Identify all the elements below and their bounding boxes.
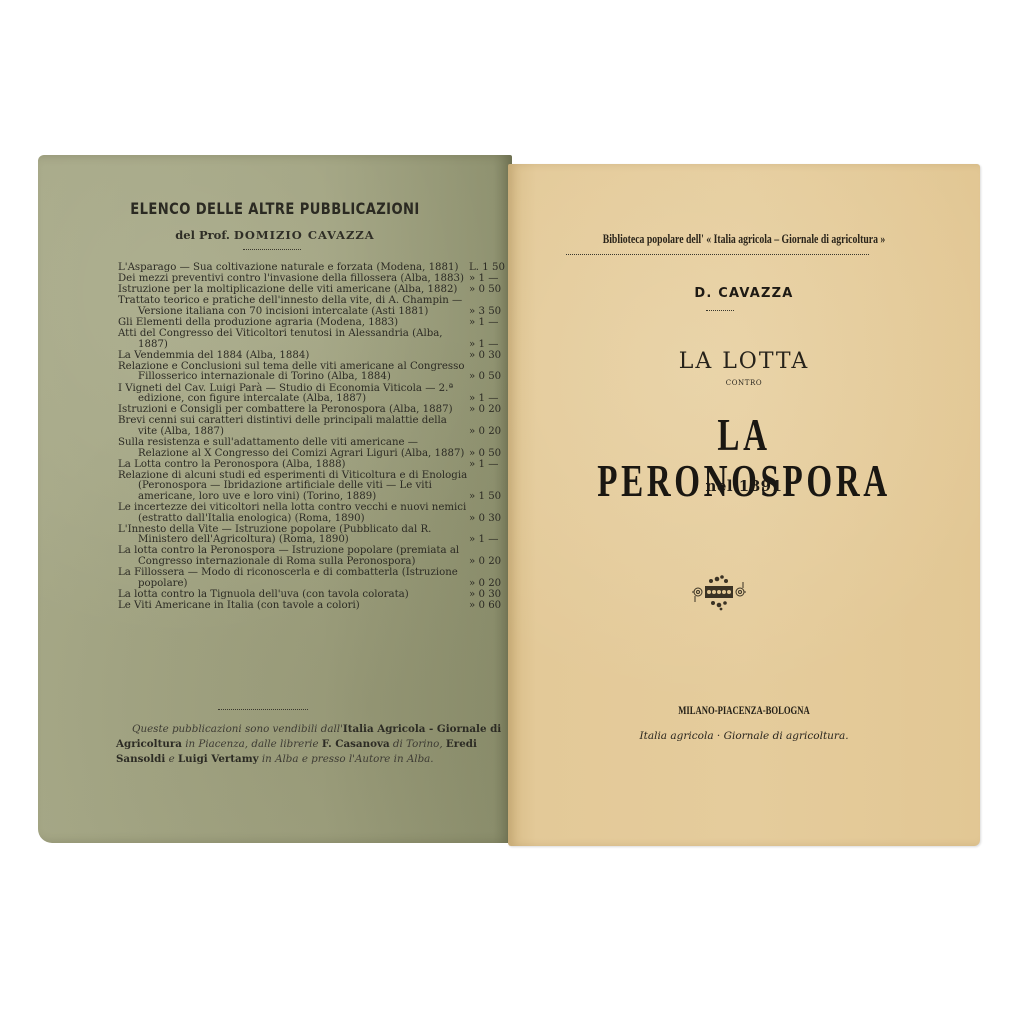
publication-item: La Vendemmia del 1884 (Alba, 1884)» 0 30 (118, 351, 513, 362)
title-contro: CONTRO (508, 379, 980, 387)
note-bookseller: F. Casanova (322, 738, 390, 750)
publication-item: Istruzioni e Consigli per combattere la … (118, 405, 513, 416)
divider-ornament (706, 306, 734, 311)
publication-item: Le Viti Americane in Italia (con tavole … (118, 601, 513, 612)
subtitle-prefix: del Prof. (175, 228, 230, 242)
back-cover-page: ELENCO DELLE ALTRE PUBBLICAZIONI del Pro… (38, 155, 512, 843)
publication-item: Relazione e Conclusioni sul tema delle v… (118, 362, 513, 383)
publication-price: L. 1 50 (469, 263, 513, 274)
publication-title: La lotta contro la Peronospora — Istruzi… (118, 546, 469, 567)
publication-price: » 3 50 (469, 307, 513, 318)
publication-item: Brevi cenni sui caratteri distintivi del… (118, 416, 513, 437)
publication-price: » 0 30 (469, 351, 513, 362)
publication-price: » 1 — (469, 535, 513, 546)
publication-title: Brevi cenni sui caratteri distintivi del… (118, 416, 469, 437)
floral-vignette-icon (691, 572, 747, 612)
publication-price: » 1 — (469, 394, 513, 405)
divider-ornament (243, 245, 301, 250)
divider-ornament (566, 250, 869, 255)
publication-title: Sulla resistenza e sull'adattamento dell… (118, 438, 469, 459)
publication-price: » 0 20 (469, 579, 513, 590)
publication-price: » 0 30 (469, 514, 513, 525)
publication-title: La lotta contro la Tignuola dell'uva (co… (118, 590, 469, 601)
publication-title: Relazione e Conclusioni sul tema delle v… (118, 362, 469, 383)
publication-title: Le Viti Americane in Italia (con tavole … (118, 601, 469, 612)
publication-item: L'Asparago — Sua coltivazione naturale e… (118, 263, 513, 274)
publication-price: » 1 — (469, 274, 513, 285)
publication-title: Gli Elementi della produzione agraria (M… (118, 318, 469, 329)
publication-price: » 0 60 (469, 601, 513, 612)
publication-title: L'Innesto della Vite — Istruzione popola… (118, 525, 469, 546)
publication-item: La Lotta contro la Peronospora (Alba, 18… (118, 460, 513, 471)
note-text: in Piacenza, dalle librerie (182, 738, 322, 750)
subtitle-author: DOMIZIO CAVAZZA (234, 228, 375, 242)
publication-item: I Vigneti del Cav. Luigi Parà — Studio d… (118, 384, 513, 405)
publication-title: Trattato teorico e pratiche dell'innesto… (118, 296, 469, 317)
publication-price: » 0 20 (469, 557, 513, 568)
publication-price: » 1 — (469, 460, 513, 471)
list-subtitle: del Prof. DOMIZIO CAVAZZA (38, 228, 512, 242)
publication-price: » 0 50 (469, 449, 513, 460)
publication-title: Istruzione per la moltiplicazione delle … (118, 285, 469, 296)
publication-item: Le incertezze dei viticoltori nella lott… (118, 503, 513, 524)
publication-title: Istruzioni e Consigli per combattere la … (118, 405, 469, 416)
front-cover-page: Biblioteca popolare dell' « Italia agric… (508, 164, 980, 846)
publication-title: Atti del Congresso dei Viticoltori tenut… (118, 329, 469, 350)
publication-title: Le incertezze dei viticoltori nella lott… (118, 503, 469, 524)
publication-item: Istruzione per la moltiplicazione delle … (118, 285, 513, 296)
publication-item: La lotta contro la Peronospora — Istruzi… (118, 546, 513, 567)
publication-title: La Lotta contro la Peronospora (Alba, 18… (118, 460, 469, 471)
publication-list: L'Asparago — Sua coltivazione naturale e… (118, 263, 513, 612)
note-text: Queste pubblicazioni sono vendibili dall… (132, 723, 343, 735)
publication-item: Atti del Congresso dei Viticoltori tenut… (118, 329, 513, 350)
publication-item: Trattato teorico e pratiche dell'innesto… (118, 296, 513, 317)
publication-price: » 0 50 (469, 285, 513, 296)
publication-price: » 0 20 (469, 427, 513, 438)
note-text: di Torino, (390, 738, 446, 750)
publication-price: » 0 30 (469, 590, 513, 601)
imprint-cities: MILANO-PIACENZA-BOLOGNA (574, 703, 914, 718)
publication-item: Relazione di alcuni studi ed esperimenti… (118, 471, 513, 503)
title-line-1: LA LOTTA (508, 349, 980, 374)
publication-price: » 1 50 (469, 492, 513, 503)
publication-title: Relazione di alcuni studi ed esperimenti… (118, 471, 469, 503)
publication-item: La Fillossera — Modo di riconoscerla e d… (118, 568, 513, 589)
divider-ornament (218, 705, 308, 710)
year-line: nel 1891 (508, 477, 980, 495)
availability-note: Queste pubblicazioni sono vendibili dall… (116, 722, 521, 767)
publication-price: » 1 — (469, 318, 513, 329)
publication-item: L'Innesto della Vite — Istruzione popola… (118, 525, 513, 546)
publication-title: La Vendemmia del 1884 (Alba, 1884) (118, 351, 469, 362)
list-title: ELENCO DELLE ALTRE PUBBLICAZIONI (81, 199, 470, 218)
author-name: D. CAVAZZA (508, 286, 980, 301)
publication-title: L'Asparago — Sua coltivazione naturale e… (118, 263, 469, 274)
publication-price: » 0 50 (469, 372, 513, 383)
imprint-publisher: Italia agricola · Giornale di agricoltur… (508, 730, 980, 742)
note-bookseller: Luigi Vertamy (178, 753, 259, 765)
series-title: Biblioteca popolare dell' « Italia agric… (560, 232, 928, 247)
publication-title: I Vigneti del Cav. Luigi Parà — Studio d… (118, 384, 469, 405)
publication-price: » 1 — (469, 340, 513, 351)
publication-item: Sulla resistenza e sull'adattamento dell… (118, 438, 513, 459)
publication-title: La Fillossera — Modo di riconoscerla e d… (118, 568, 469, 589)
note-text: in Alba e presso l'Autore in Alba. (259, 753, 434, 765)
publication-item: La lotta contro la Tignuola dell'uva (co… (118, 590, 513, 601)
publication-price: » 0 20 (469, 405, 513, 416)
note-text: e (165, 753, 178, 765)
publication-item: Gli Elementi della produzione agraria (M… (118, 318, 513, 329)
